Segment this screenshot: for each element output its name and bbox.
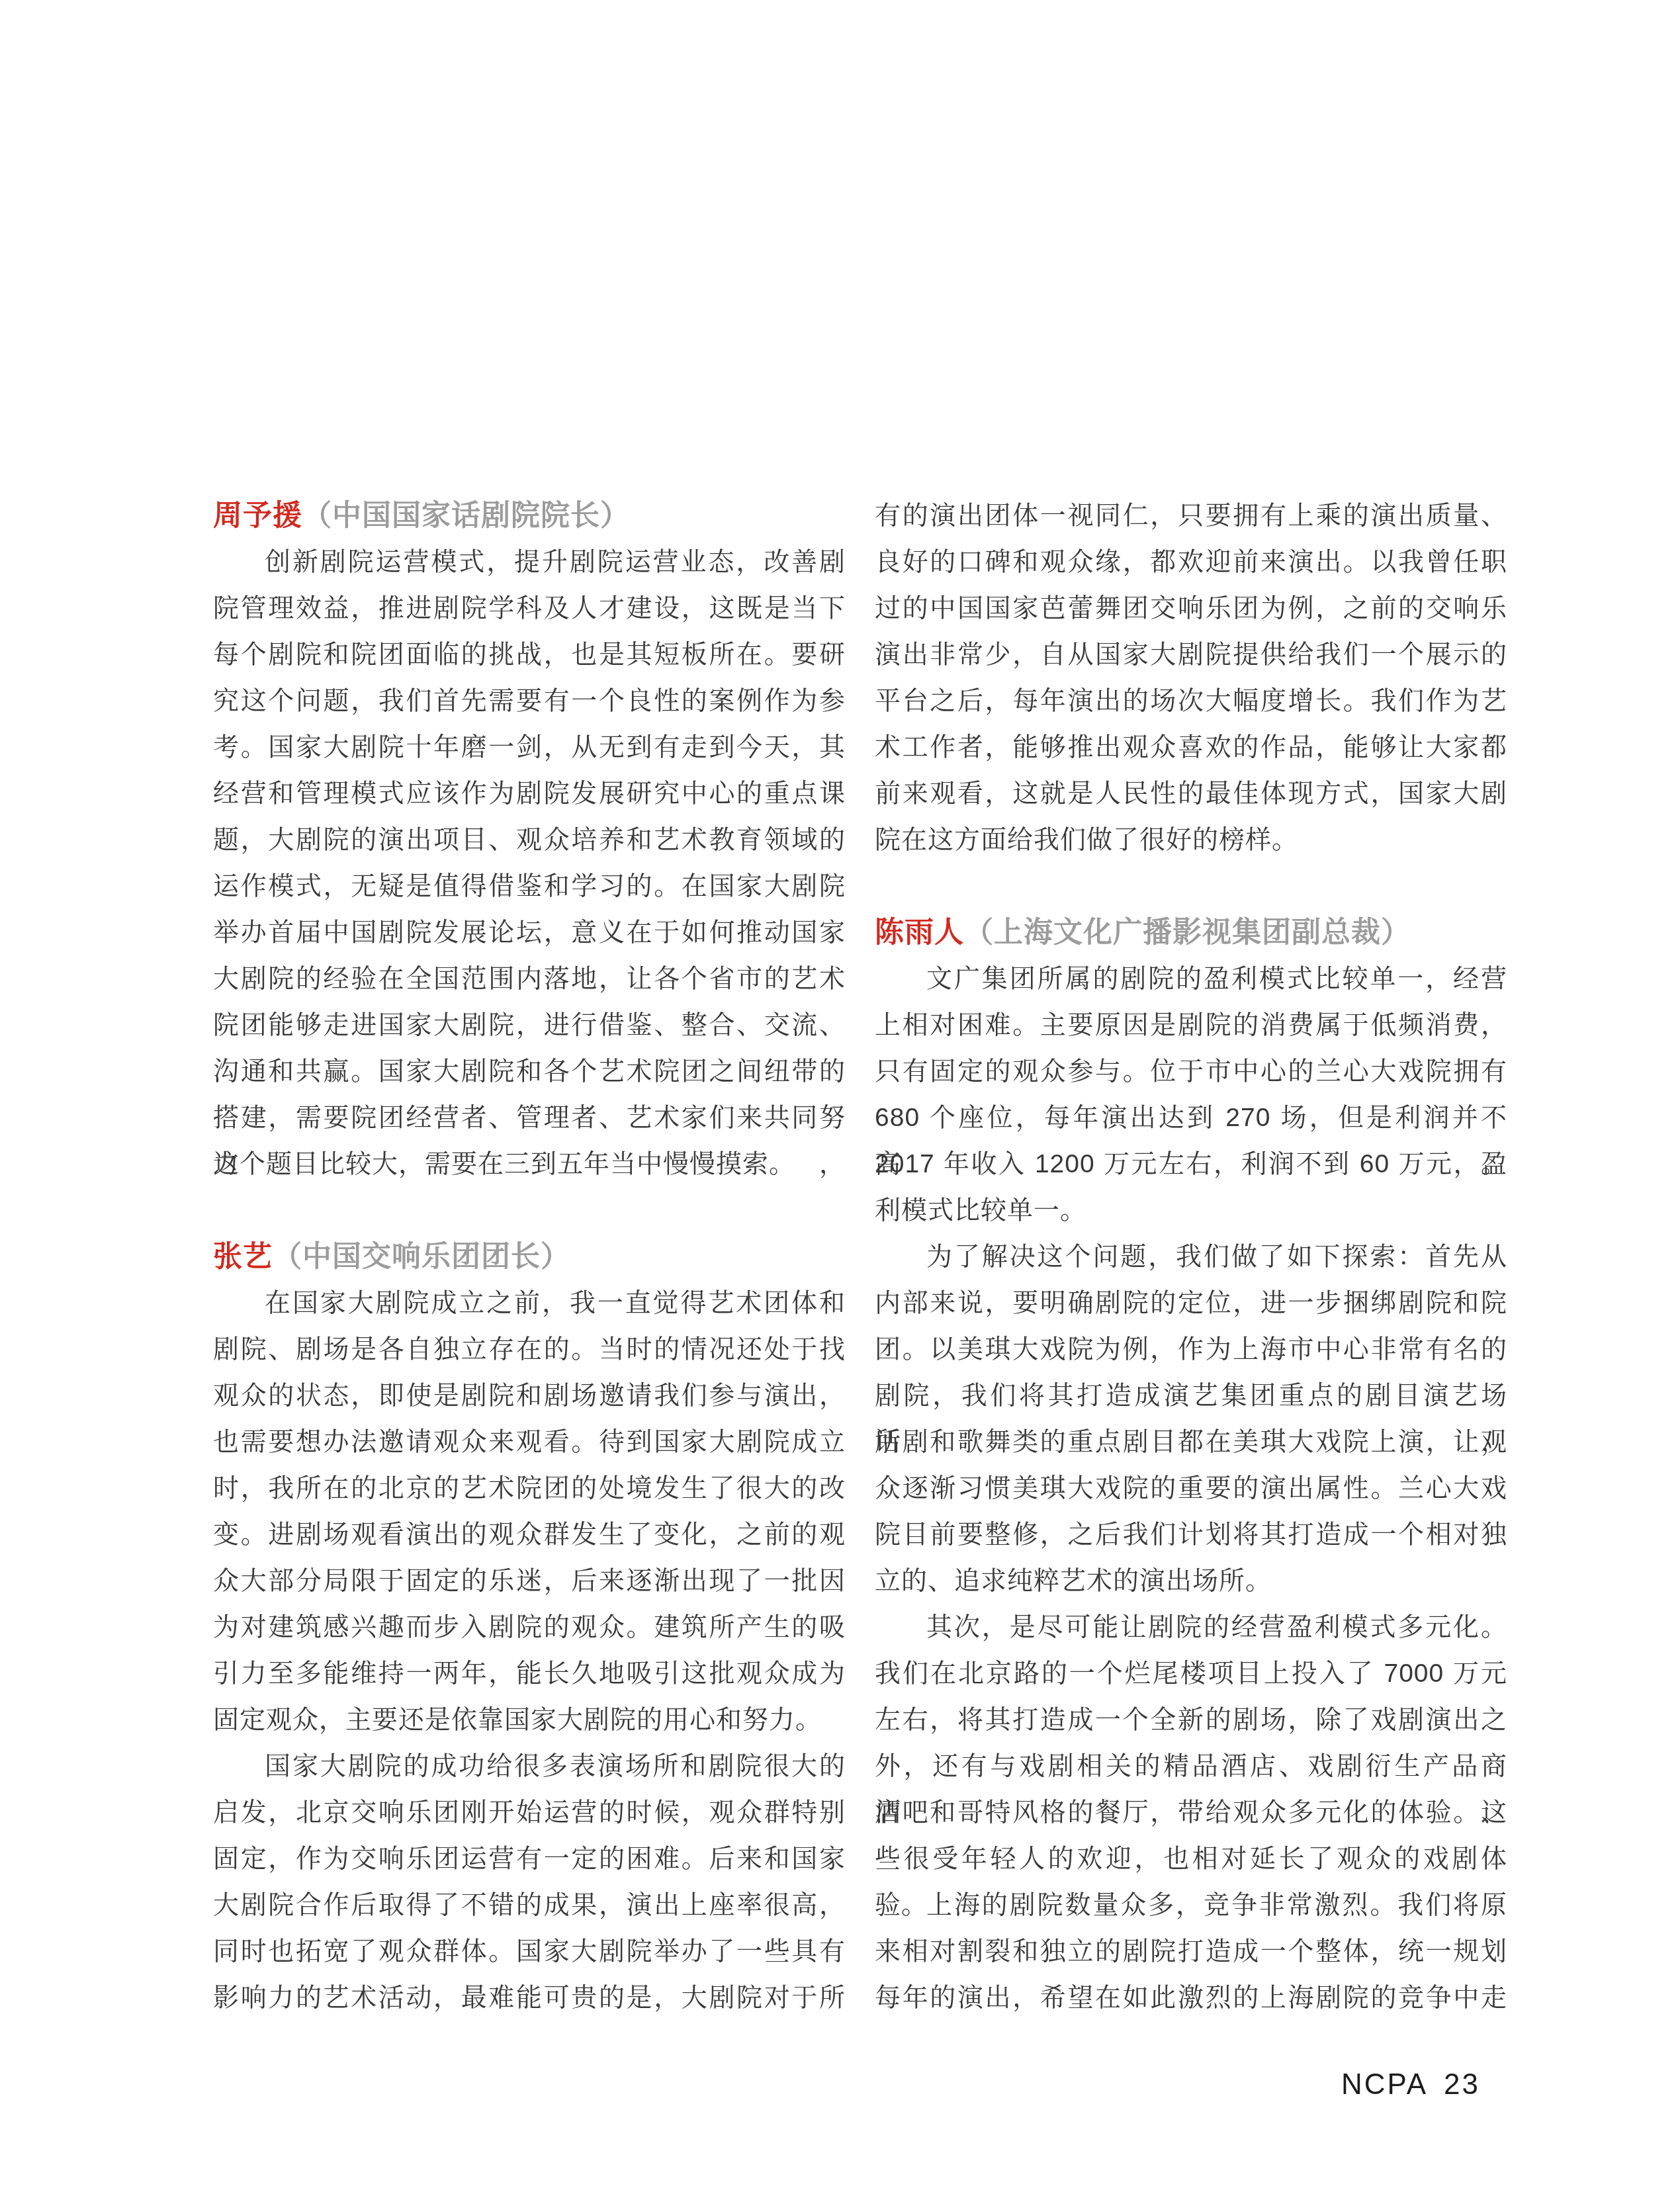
magazine-page: 周予援（中国国家话剧院院长）创新剧院运营模式，提升剧院运营业态，改善剧院管理效益… [0,0,1680,2188]
text-line: 同时也拓宽了观众群体。国家大剧院举办了一些具有 [213,1929,846,1975]
speaker-heading: 张艺（中国交响乐团团长） [213,1234,846,1280]
text-line: 固定观众，主要还是依靠国家大剧院的用心和努力。 [213,1697,846,1743]
text-line: 些很受年轻人的欢迎，也相对延长了观众的戏剧体验。 [875,1836,1507,1882]
text-line: 院团能够走进国家大剧院，进行借鉴、整合、交流、 [213,1002,846,1049]
text-line: 演出非常少，自从国家大剧院提供给我们一个展示的 [875,632,1507,678]
left-column: 周予援（中国国家话剧院院长）创新剧院运营模式，提升剧院运营业态，改善剧院管理效益… [213,493,846,2021]
paragraph: 在国家大剧院成立之前，我一直觉得艺术团体和剧院、剧场是各自独立存在的。当时的情况… [213,1280,846,1743]
text-line: 上相对困难。主要原因是剧院的消费属于低频消费， [875,1002,1507,1049]
text-line: 创新剧院运营模式，提升剧院运营业态，改善剧 [213,539,846,586]
paragraph: 国家大剧院的成功给很多表演场所和剧院很大的启发，北京交响乐团刚开始运营的时候，观… [213,1743,846,2021]
speaker-affiliation: （中国交响乐团团长） [273,1241,570,1273]
text-line: 术工作者，能够推出观众喜欢的作品，能够让大家都 [875,724,1507,771]
text-line: 运作模式，无疑是值得借鉴和学习的。在国家大剧院 [213,863,846,910]
text-line: 观众的状态，即使是剧院和剧场邀请我们参与演出， [213,1373,846,1419]
text-line: 考。国家大剧院十年磨一剑，从无到有走到今天，其 [213,724,846,771]
text-line: 文广集团所属的剧院的盈利模式比较单一，经营 [875,956,1507,1002]
text-line: 利模式比较单一。 [875,1188,1507,1234]
speaker-affiliation: （上海文化广播影视集团副总裁） [964,916,1411,949]
text-line: 大剧院的经验在全国范围内落地，让各个省市的艺术 [213,956,846,1002]
text-line: 我们在北京路的一个烂尾楼项目上投入了 7000 万元 [875,1651,1507,1697]
text-line: 外，还有与戏剧相关的精品酒店、戏剧衍生产品商店、 [875,1743,1507,1790]
speaker-heading: 周予援（中国国家话剧院院长） [213,493,846,539]
paragraph: 其次，是尽可能让剧院的经营盈利模式多元化。我们在北京路的一个烂尾楼项目上投入了 … [875,1604,1507,1882]
text-line: 为了解决这个问题，我们做了如下探索：首先从 [875,1234,1507,1280]
text-line: 每个剧院和院团面临的挑战，也是其短板所在。要研 [213,632,846,678]
text-line: 大剧院合作后取得了不错的成果，演出上座率很高， [213,1882,846,1929]
text-line: 内部来说，要明确剧院的定位，进一步捆绑剧院和院 [875,1280,1507,1327]
text-line: 有的演出团体一视同仁，只要拥有上乘的演出质量、 [875,493,1507,539]
text-line: 过的中国国家芭蕾舞团交响乐团为例，之前的交响乐 [875,586,1507,632]
text-line: 启发，北京交响乐团刚开始运营的时候，观众群特别 [213,1790,846,1836]
text-line: 院目前要整修，之后我们计划将其打造成一个相对独 [875,1512,1507,1558]
text-line: 固定，作为交响乐团运营有一定的困难。后来和国家 [213,1836,846,1882]
paragraph: 上海的剧院数量众多，竞争非常激烈。我们将原来相对割裂和独立的剧院打造成一个整体，… [875,1882,1507,2021]
text-line: 经营和管理模式应该作为剧院发展研究中心的重点课 [213,771,846,817]
text-line: 院管理效益，推进剧院学科及人才建设，这既是当下 [213,586,846,632]
footer-page-number: 23 [1444,2068,1480,2101]
text-line: 为对建筑感兴趣而步入剧院的观众。建筑所产生的吸 [213,1604,846,1651]
text-line: 只有固定的观众参与。位于市中心的兰心大戏院拥有 [875,1049,1507,1095]
text-line: 剧院，我们将其打造成演艺集团重点的剧目演艺场所， [875,1373,1507,1419]
paragraph: 创新剧院运营模式，提升剧院运营业态，改善剧院管理效益，推进剧院学科及人才建设，这… [213,539,846,1188]
text-line: 良好的口碑和观众缘，都欢迎前来演出。以我曾任职 [875,539,1507,586]
paragraph: 为了解决这个问题，我们做了如下探索：首先从内部来说，要明确剧院的定位，进一步捆绑… [875,1234,1507,1604]
text-line: 变。进剧场观看演出的观众群发生了变化，之前的观 [213,1512,846,1558]
text-line: 也需要想办法邀请观众来观看。待到国家大剧院成立 [213,1419,846,1466]
text-line: 每年的演出，希望在如此激烈的上海剧院的竞争中走 [875,1975,1507,2021]
text-line: 680 个座位，每年演出达到 270 场，但是利润并不高。 [875,1095,1507,1141]
text-line: 举办首届中国剧院发展论坛，意义在于如何推动国家 [213,910,846,956]
footer-brand: NCPA [1341,2068,1428,2101]
text-line: 话剧和歌舞类的重点剧目都在美琪大戏院上演，让观 [875,1419,1507,1466]
text-line: 酒吧和哥特风格的餐厅，带给观众多元化的体验。这 [875,1790,1507,1836]
text-line: 引力至多能维持一两年，能长久地吸引这批观众成为 [213,1651,846,1697]
speaker-affiliation: （中国国家话剧院院长） [302,500,630,532]
right-column: 有的演出团体一视同仁，只要拥有上乘的演出质量、良好的口碑和观众缘，都欢迎前来演出… [875,493,1507,2021]
text-line: 团。以美琪大戏院为例，作为上海市中心非常有名的 [875,1327,1507,1373]
speaker-name: 周予援 [213,500,302,532]
text-line: 影响力的艺术活动，最难能可贵的是，大剧院对于所 [213,1975,846,2021]
text-line: 国家大剧院的成功给很多表演场所和剧院很大的 [213,1743,846,1790]
paragraph: 有的演出团体一视同仁，只要拥有上乘的演出质量、良好的口碑和观众缘，都欢迎前来演出… [875,493,1507,863]
text-line: 立的、追求纯粹艺术的演出场所。 [875,1558,1507,1604]
text-line: 上海的剧院数量众多，竞争非常激烈。我们将原 [875,1882,1507,1929]
text-line: 这个题目比较大，需要在三到五年当中慢慢摸索。 [213,1141,846,1188]
paragraph: 文广集团所属的剧院的盈利模式比较单一，经营上相对困难。主要原因是剧院的消费属于低… [875,956,1507,1234]
text-line: 其次，是尽可能让剧院的经营盈利模式多元化。 [875,1604,1507,1651]
text-line: 时，我所在的北京的艺术院团的处境发生了很大的改 [213,1466,846,1512]
text-line: 究这个问题，我们首先需要有一个良性的案例作为参 [213,678,846,724]
text-line: 2017 年收入 1200 万元左右，利润不到 60 万元，盈 [875,1141,1507,1188]
text-line: 沟通和共赢。国家大剧院和各个艺术院团之间纽带的 [213,1049,846,1095]
text-line: 题，大剧院的演出项目、观众培养和艺术教育领域的 [213,817,846,863]
text-line: 剧院、剧场是各自独立存在的。当时的情况还处于找 [213,1327,846,1373]
speaker-name: 张艺 [213,1241,273,1273]
text-line: 在国家大剧院成立之前，我一直觉得艺术团体和 [213,1280,846,1327]
text-line: 左右，将其打造成一个全新的剧场，除了戏剧演出之 [875,1697,1507,1743]
text-line: 众大部分局限于固定的乐迷，后来逐渐出现了一批因 [213,1558,846,1604]
text-line: 平台之后，每年演出的场次大幅度增长。我们作为艺 [875,678,1507,724]
page-footer: NCPA23 [1341,2068,1480,2101]
speaker-name: 陈雨人 [875,916,964,949]
text-line: 院在这方面给我们做了很好的榜样。 [875,817,1507,863]
speaker-heading: 陈雨人（上海文化广播影视集团副总裁） [875,910,1507,956]
text-line: 前来观看，这就是人民性的最佳体现方式，国家大剧 [875,771,1507,817]
text-line: 搭建，需要院团经营者、管理者、艺术家们来共同努力， [213,1095,846,1141]
text-line: 众逐渐习惯美琪大戏院的重要的演出属性。兰心大戏 [875,1466,1507,1512]
text-line: 来相对割裂和独立的剧院打造成一个整体，统一规划 [875,1929,1507,1975]
